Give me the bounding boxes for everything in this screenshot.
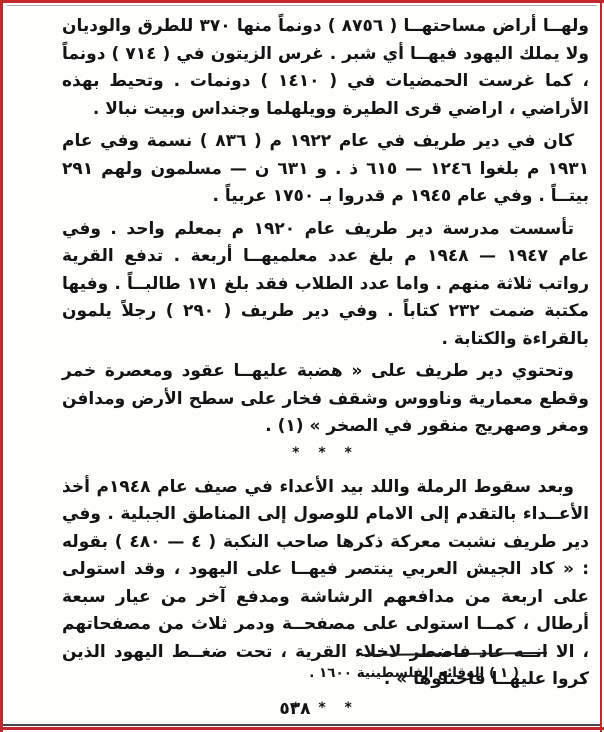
left-red-border <box>0 0 3 732</box>
page-body-text: ولهــا أراض مساحتهــا ( ٨٧٥٦ ) دونماً من… <box>62 13 589 717</box>
scanned-book-page: ولهــا أراض مساحتهــا ( ٨٧٥٦ ) دونماً من… <box>0 0 604 732</box>
paragraph-antiquities: وتحتوي دير طريف على « هضبة عليهــا عقود … <box>62 358 589 441</box>
bottom-red-border <box>0 727 604 730</box>
paragraph-school: تأسست مدرسة دير طريف عام ١٩٢٠ م بمعلم وا… <box>62 216 589 354</box>
top-red-border <box>0 0 604 3</box>
bottom-dark-scan-line <box>3 724 600 726</box>
paragraph-population: كان في دير طريف في عام ١٩٢٢ م ( ٨٣٦ ) نس… <box>62 128 589 211</box>
paragraph-battle-1948: وبعد سقوط الرملة واللد بيد الأعداء في صي… <box>62 474 589 694</box>
footnote-citation: ( ١ ) الوقائع الفلسطينية ١٦٠٠ . <box>309 663 519 683</box>
page-number: ٥٣٨ <box>0 699 590 719</box>
paragraph-land-area: ولهــا أراض مساحتهــا ( ٨٧٥٦ ) دونماً من… <box>62 13 589 123</box>
top-gray-scan-line <box>7 5 597 7</box>
section-separator: * * * <box>62 444 589 462</box>
right-red-border <box>600 2 603 732</box>
